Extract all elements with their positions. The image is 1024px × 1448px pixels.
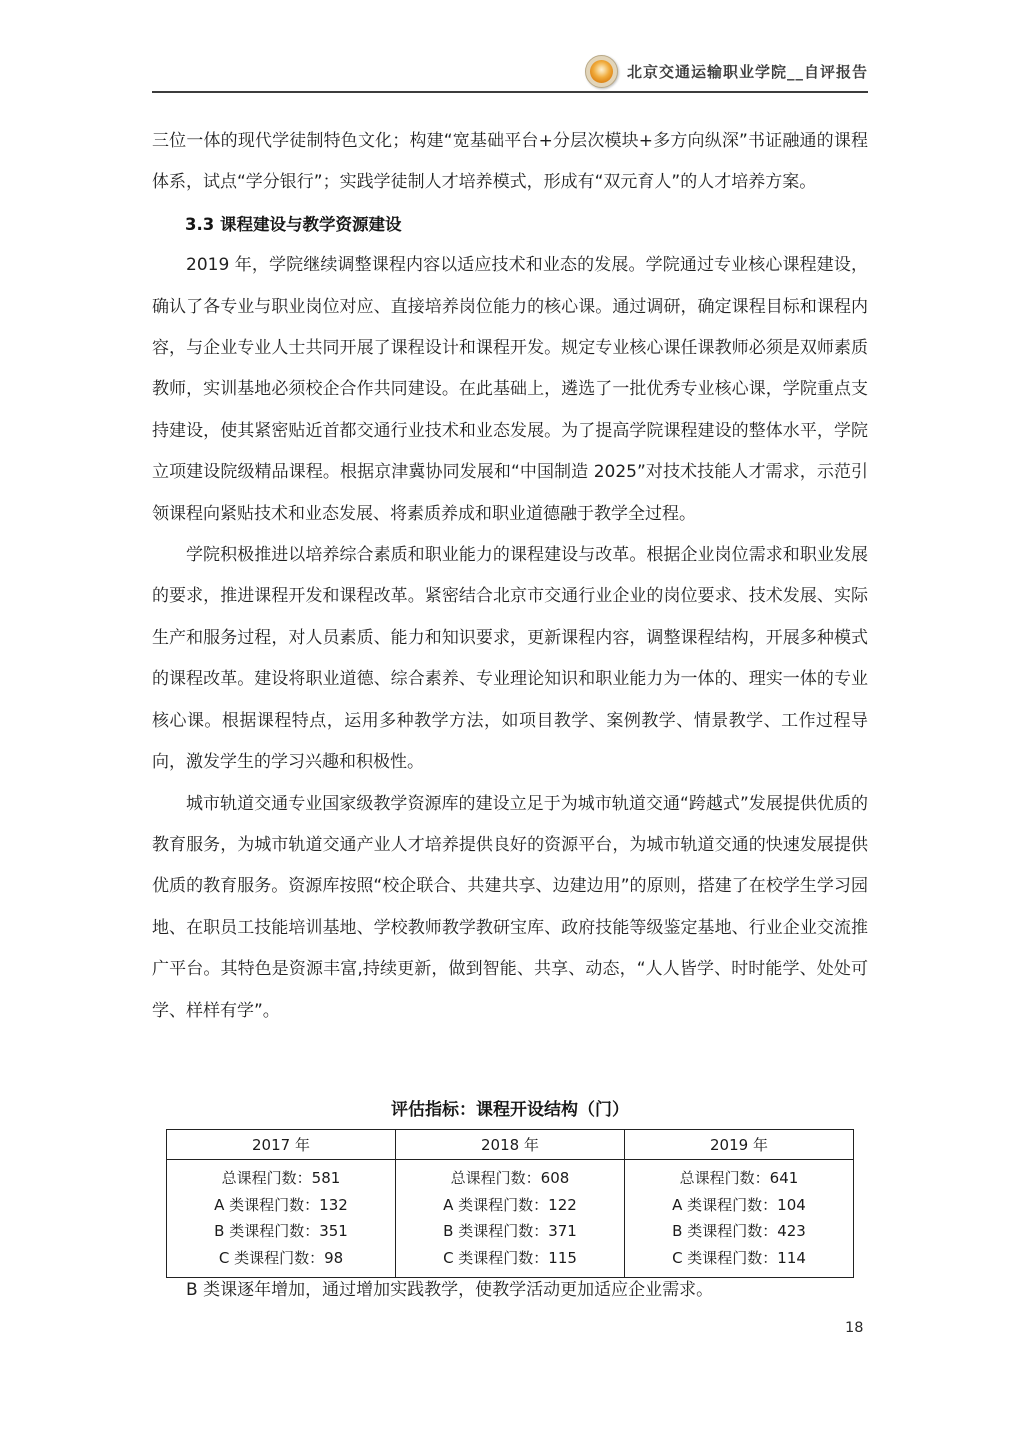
table-header-2018: 2018 年 <box>396 1130 625 1160</box>
table-cell-2018: 总课程门数：608 A 类课程门数：122 B 类课程门数：371 C 类课程门… <box>396 1160 625 1278</box>
page-header: 北京交通运输职业学院__自评报告 <box>152 53 868 93</box>
cell-line-total: 总课程门数：641 <box>625 1165 853 1192</box>
cell-line-type-c: C 类课程门数：115 <box>396 1245 624 1272</box>
header-title: 北京交通运输职业学院__自评报告 <box>627 61 868 82</box>
table-caption: 评估指标：课程开设结构（门） <box>152 1096 868 1124</box>
document-page: 北京交通运输职业学院__自评报告 三位一体的现代学徒制特色文化；构建“宽基础平台… <box>0 0 1024 1448</box>
table-body: 总课程门数：581 A 类课程门数：132 B 类课程门数：351 C 类课程门… <box>167 1160 854 1278</box>
cell-line-type-c: C 类课程门数：98 <box>167 1245 395 1272</box>
table-header-2019: 2019 年 <box>625 1130 854 1160</box>
table-cell-2019: 总课程门数：641 A 类课程门数：104 B 类课程门数：423 C 类课程门… <box>625 1160 854 1278</box>
cell-line-type-a: A 类课程门数：132 <box>167 1192 395 1219</box>
paragraph-resource-library: 城市轨道交通专业国家级教学资源库的建设立足于为城市轨道交通“跨越式”发展提供优质… <box>152 784 868 1032</box>
cell-line-total: 总课程门数：581 <box>167 1165 395 1192</box>
cell-line-type-b: B 类课程门数：351 <box>167 1218 395 1245</box>
cell-line-type-b: B 类课程门数：371 <box>396 1218 624 1245</box>
cell-line-type-c: C 类课程门数：114 <box>625 1245 853 1272</box>
college-emblem-icon <box>585 55 618 88</box>
section-heading-3-3: 3.3 课程建设与教学资源建设 <box>152 204 868 245</box>
paragraph-course-adjustment: 2019 年，学院继续调整课程内容以适应技术和业态的发展。学院通过专业核心课程建… <box>152 245 868 535</box>
table-note: B 类课逐年增加，通过增加实践教学，使教学活动更加适应企业需求。 <box>152 1276 868 1304</box>
cell-line-total: 总课程门数：608 <box>396 1165 624 1192</box>
table-cell-2017: 总课程门数：581 A 类课程门数：132 B 类课程门数：351 C 类课程门… <box>167 1160 396 1278</box>
page-number: 18 <box>845 1320 863 1336</box>
paragraph-continuation: 三位一体的现代学徒制特色文化；构建“宽基础平台+分层次模块+多方向纵深”书证融通… <box>152 121 868 204</box>
evaluation-table-section: 评估指标：课程开设结构（门） 2017 年 2018 年 2019 年 总课程门… <box>152 1096 868 1278</box>
table-row: 总课程门数：581 A 类课程门数：132 B 类课程门数：351 C 类课程门… <box>167 1160 854 1278</box>
table-header-2017: 2017 年 <box>167 1130 396 1160</box>
college-emblem-core <box>590 60 613 83</box>
course-structure-table: 2017 年 2018 年 2019 年 总课程门数：581 A 类课程门数：1… <box>166 1129 854 1278</box>
cell-line-type-b: B 类课程门数：423 <box>625 1218 853 1245</box>
body-text: 三位一体的现代学徒制特色文化；构建“宽基础平台+分层次模块+多方向纵深”书证融通… <box>152 121 868 1032</box>
paragraph-course-reform: 学院积极推进以培养综合素质和职业能力的课程建设与改革。根据企业岗位需求和职业发展… <box>152 535 868 783</box>
table-header-row: 2017 年 2018 年 2019 年 <box>167 1130 854 1160</box>
cell-line-type-a: A 类课程门数：122 <box>396 1192 624 1219</box>
cell-line-type-a: A 类课程门数：104 <box>625 1192 853 1219</box>
